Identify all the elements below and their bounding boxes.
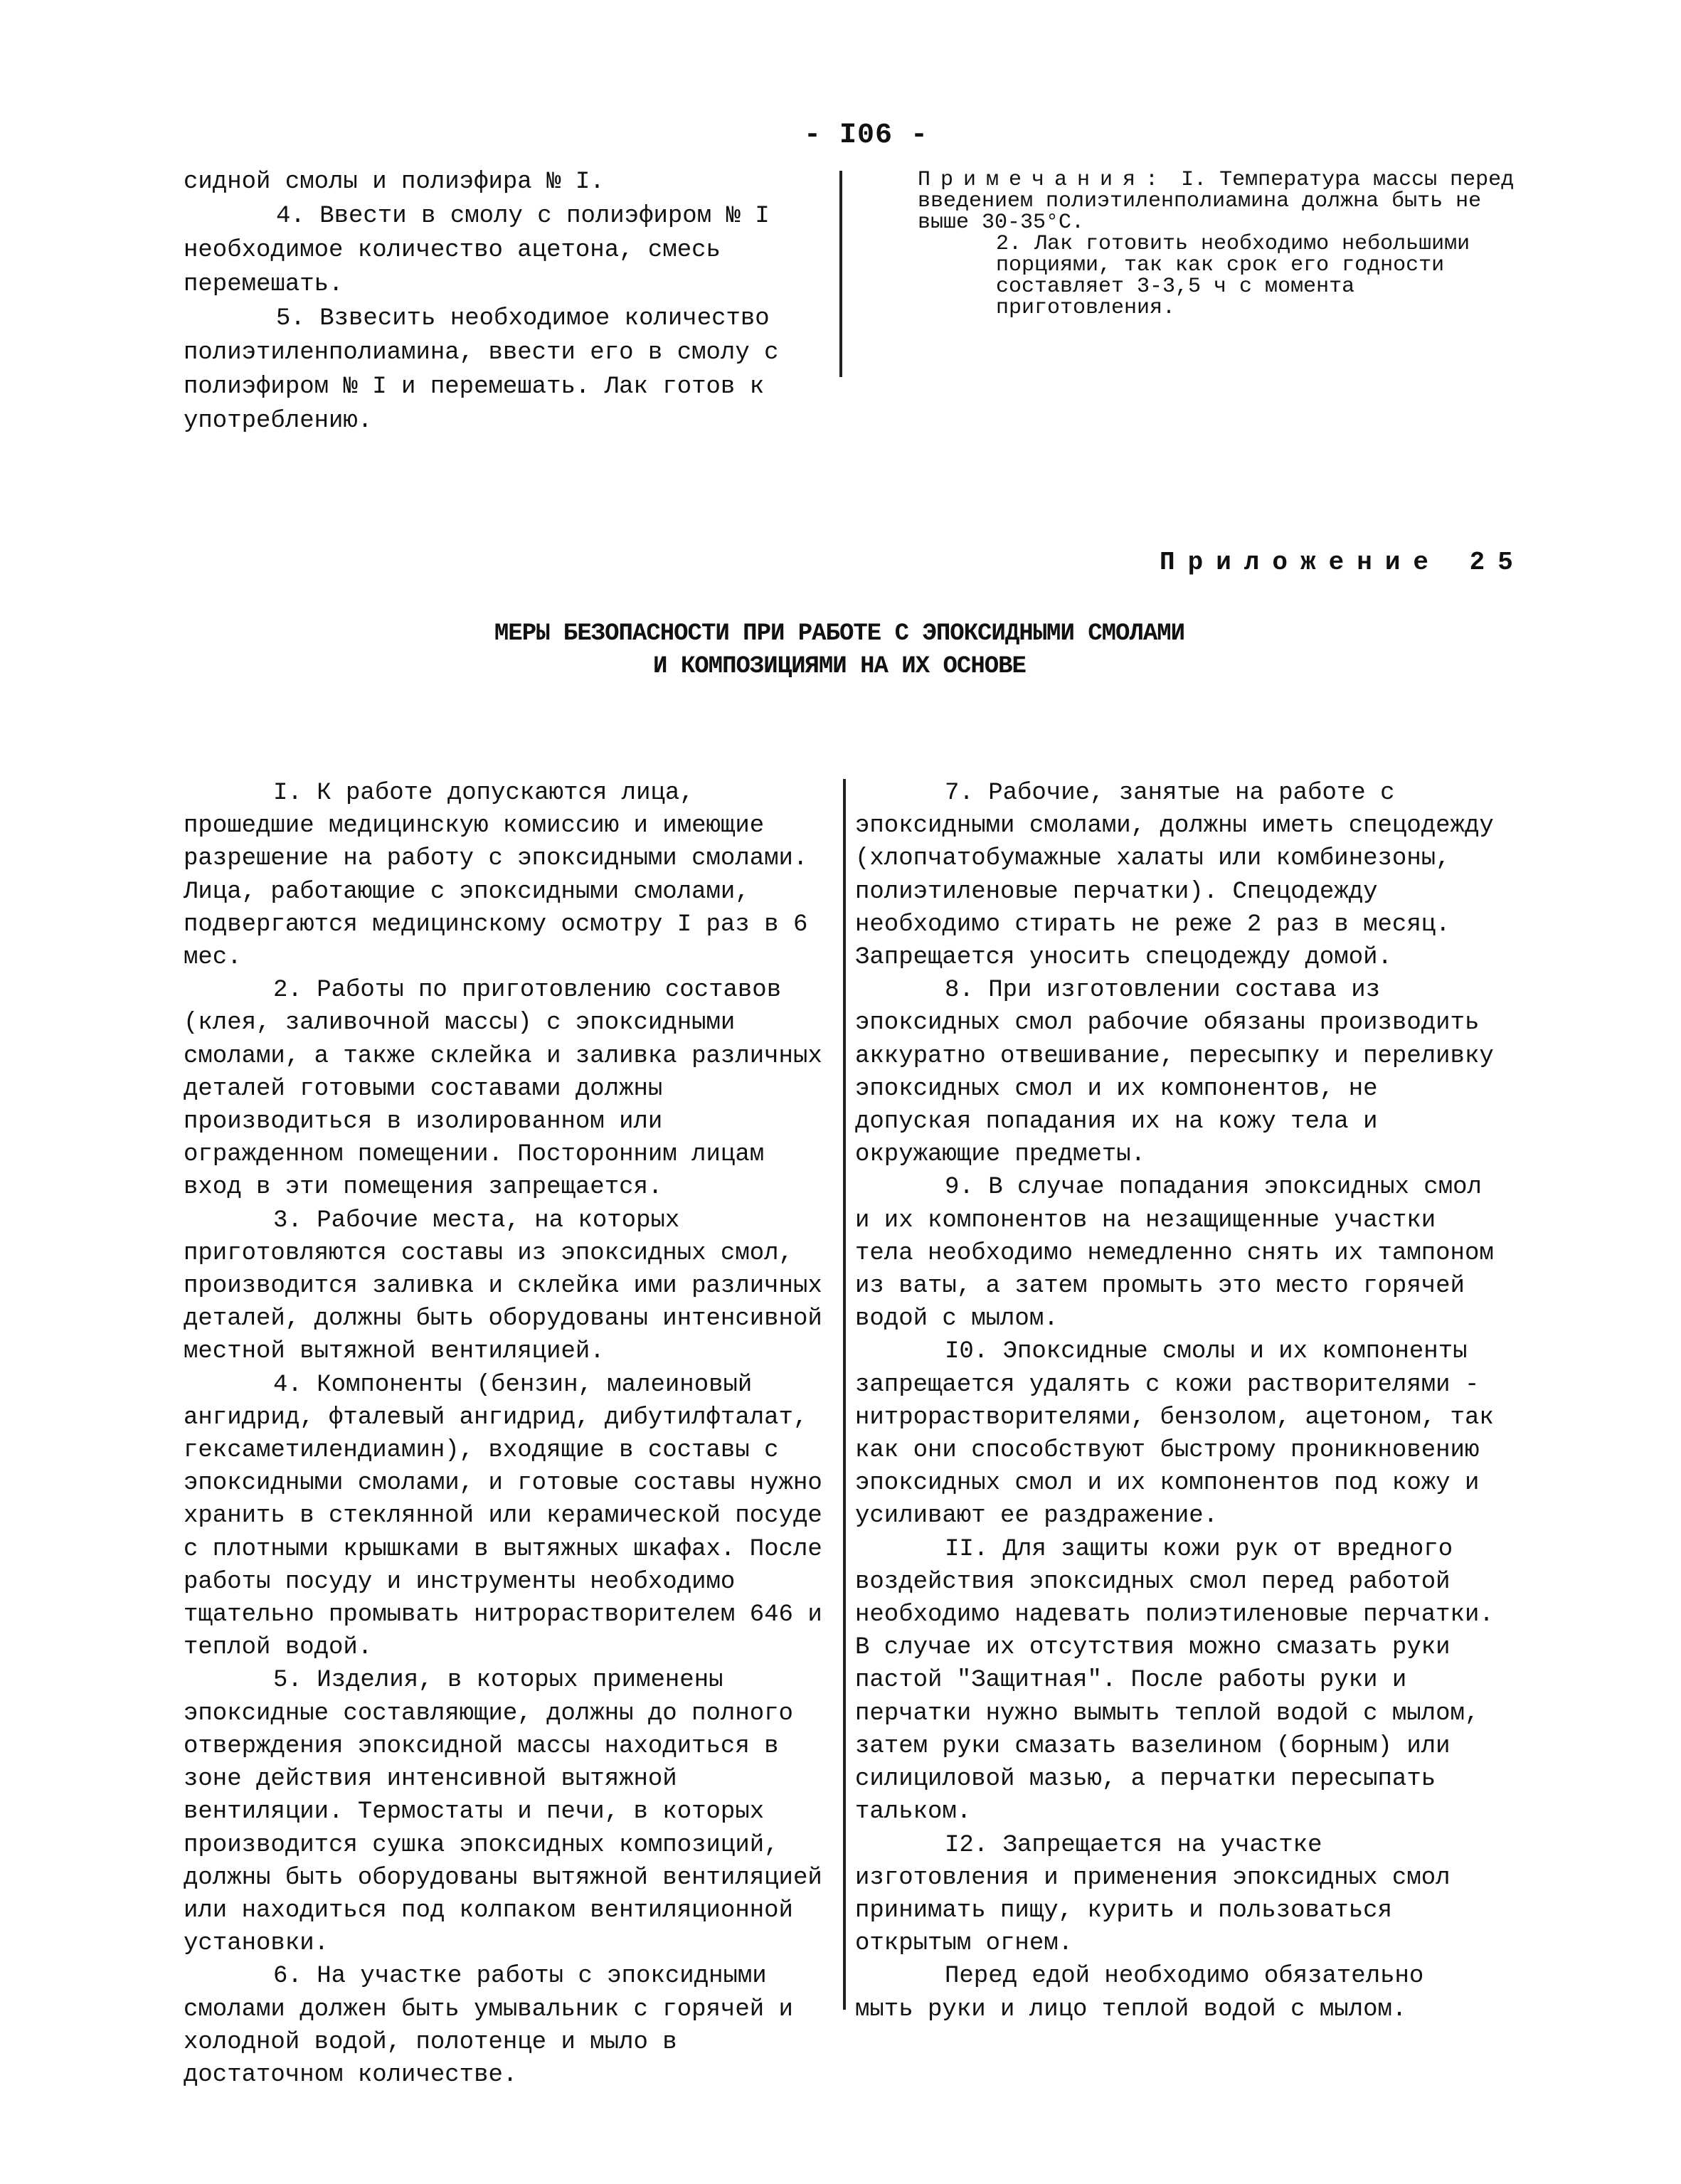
- rule-6: 6. На участке работы с эпоксидными смола…: [184, 1960, 824, 2092]
- rule-11: II. Для защиты кожи рук от вредного возд…: [855, 1533, 1495, 1829]
- rule-9: 9. В случае попадания эпоксидных смол и …: [855, 1171, 1495, 1335]
- column-divider: [843, 779, 846, 2010]
- rule-10: I0. Эпоксидные смолы и их компоненты зап…: [855, 1335, 1495, 1532]
- notes-block: Примечания: I. Температура массы перед в…: [918, 169, 1529, 319]
- continued-procedure: сидной смолы и полиэфира № I. 4. Ввести …: [184, 165, 838, 438]
- procedure-continuation: сидной смолы и полиэфира № I.: [184, 165, 838, 199]
- rule-3: 3. Рабочие места, на которых приготовляю…: [184, 1204, 824, 1369]
- title-line-1: МЕРЫ БЕЗОПАСНОСТИ ПРИ РАБОТЕ С ЭПОКСИДНЫ…: [356, 617, 1323, 650]
- rule-1: I. К работе допускаются лица, прошедшие …: [184, 777, 824, 974]
- notes-label: Примечания:: [918, 168, 1168, 192]
- note-2: 2. Лак готовить необходимо небольшими по…: [918, 233, 1529, 319]
- column-divider-top: [839, 171, 842, 377]
- page-number: - I06 -: [804, 120, 928, 152]
- rule-5: 5. Изделия, в которых применены эпоксидн…: [184, 1664, 824, 1960]
- rules-left-column: I. К работе допускаются лица, прошедшие …: [184, 777, 824, 2092]
- rule-4: 4. Компоненты (бензин, малеиновый ангидр…: [184, 1369, 824, 1665]
- procedure-step-4: 4. Ввести в смолу с полиэфиром № I необх…: [184, 199, 838, 302]
- rule-7: 7. Рабочие, занятые на работе с эпоксидн…: [855, 777, 1495, 974]
- appendix-label: Приложение 25: [1160, 548, 1526, 577]
- rule-12: I2. Запрещается на участке изготовления …: [855, 1829, 1495, 1961]
- procedure-step-5: 5. Взвесить необходимое количество полиэ…: [184, 302, 838, 438]
- rule-8: 8. При изготовлении состава из эпоксидны…: [855, 974, 1495, 1171]
- rules-right-column: 7. Рабочие, занятые на работе с эпоксидн…: [855, 777, 1495, 2026]
- rule-2: 2. Работы по приготовлению составов (кле…: [184, 974, 824, 1204]
- closing-note: Перед едой необходимо обязательно мыть р…: [855, 1960, 1495, 2025]
- title-line-2: И КОМПОЗИЦИЯМИ НА ИХ ОСНОВЕ: [356, 650, 1323, 683]
- section-title: МЕРЫ БЕЗОПАСНОСТИ ПРИ РАБОТЕ С ЭПОКСИДНЫ…: [356, 617, 1323, 683]
